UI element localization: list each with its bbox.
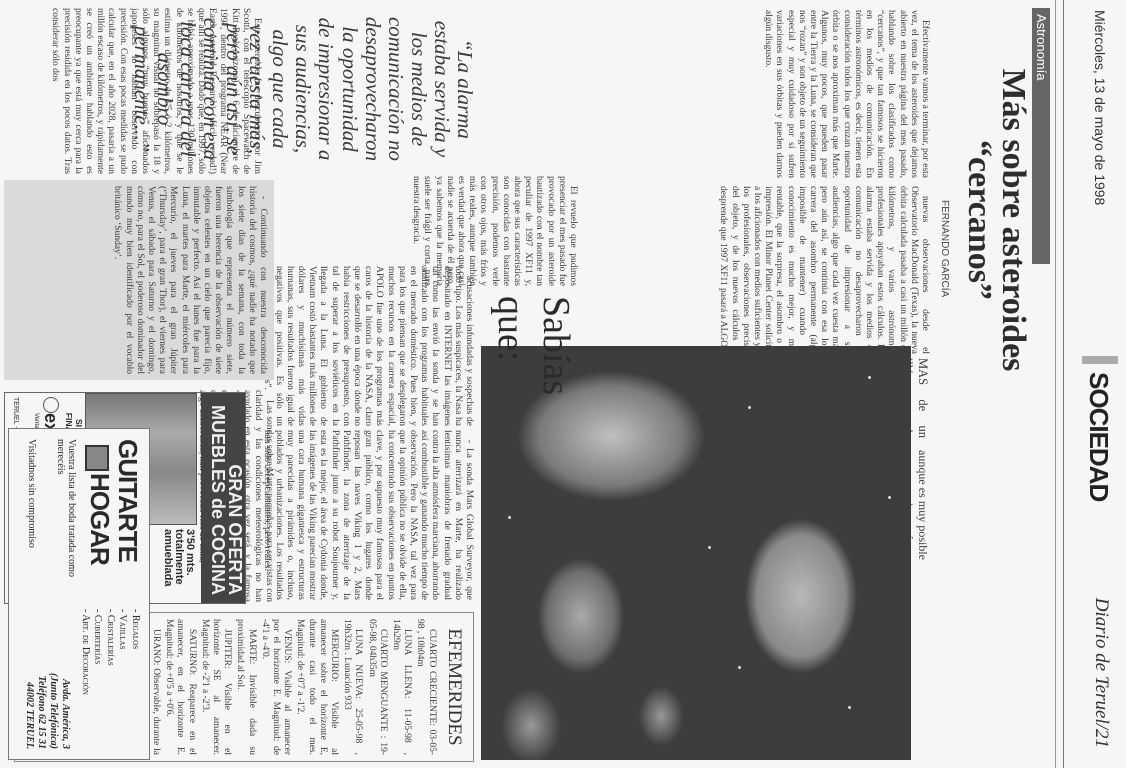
ad-gift-tagline: Vuestra lista de boda tratada como merec… bbox=[55, 439, 77, 579]
article-kicker: Astronomía bbox=[1032, 8, 1050, 264]
paper-name-page: Diario de Teruel/21 bbox=[1090, 598, 1112, 748]
ad-gift-brand-1: GUITARTE bbox=[115, 439, 141, 562]
ad-gift-brand-2: HOGAR bbox=[87, 473, 113, 565]
issue-date: Miércoles, 13 de mayo de 1998 bbox=[1091, 10, 1108, 205]
gift-box-icon bbox=[85, 445, 109, 471]
sabias-col-3: acusaciones infundadas y sospechas de to… bbox=[259, 266, 474, 426]
ad-gift-shop-inner: GUITARTE HOGAR Vuestra lista de boda tra… bbox=[9, 429, 149, 759]
header-rule bbox=[1055, 0, 1056, 768]
ad-kitchen-headline: GRAN OFERTA MUEBLES de COCINA bbox=[201, 393, 245, 603]
efemerides-title: EFEMERIDES bbox=[443, 613, 465, 761]
ad-gift-visit: Visitadnos sin compromiso bbox=[26, 439, 37, 548]
ad-gift-shop: GUITARTE HOGAR Vuestra lista de boda tra… bbox=[8, 428, 150, 760]
article-col-5: Este asteroide fue descubierto por Jim S… bbox=[47, 8, 262, 174]
article-col-2: nuevas observaciones desde el Observator… bbox=[715, 186, 930, 354]
star bbox=[738, 666, 741, 669]
star bbox=[748, 406, 751, 409]
sabias-title: Sabías que: bbox=[488, 296, 578, 416]
article-title: Más sobre asteroides “cercanos” bbox=[962, 40, 1030, 400]
ad-kitchen-size: 3'50 mts. totalmente amueblada bbox=[162, 529, 195, 601]
page-header: Miércoles, 13 de mayo de 1998 SOCIEDAD D… bbox=[1063, 0, 1126, 768]
ad-gift-contact: Avda. América, 3 (Junto Telefónica) Telé… bbox=[23, 673, 71, 749]
star bbox=[848, 706, 851, 709]
newspaper-page: Miércoles, 13 de mayo de 1998 SOCIEDAD D… bbox=[0, 0, 1126, 768]
sabias-col-4: - Continuando con nuestra desconocida hi… bbox=[4, 180, 274, 380]
star bbox=[508, 516, 511, 519]
star bbox=[708, 546, 711, 549]
ad-gift-items: - Regalos - Vajillas - Cristalerías - Cu… bbox=[79, 609, 142, 695]
section-title: SOCIEDAD bbox=[1083, 372, 1114, 501]
star bbox=[888, 496, 891, 499]
section-bar bbox=[1082, 356, 1118, 364]
article-byline: FERNANDO GARCÍA bbox=[938, 200, 950, 297]
star bbox=[868, 376, 871, 379]
sabias-col-1: - La sonda Mars Global Surveyor, que nun… bbox=[259, 430, 474, 600]
expert-logo-icon bbox=[43, 397, 59, 413]
article-col-1: Efectivamente vamos a terminar, por esta… bbox=[760, 10, 930, 178]
